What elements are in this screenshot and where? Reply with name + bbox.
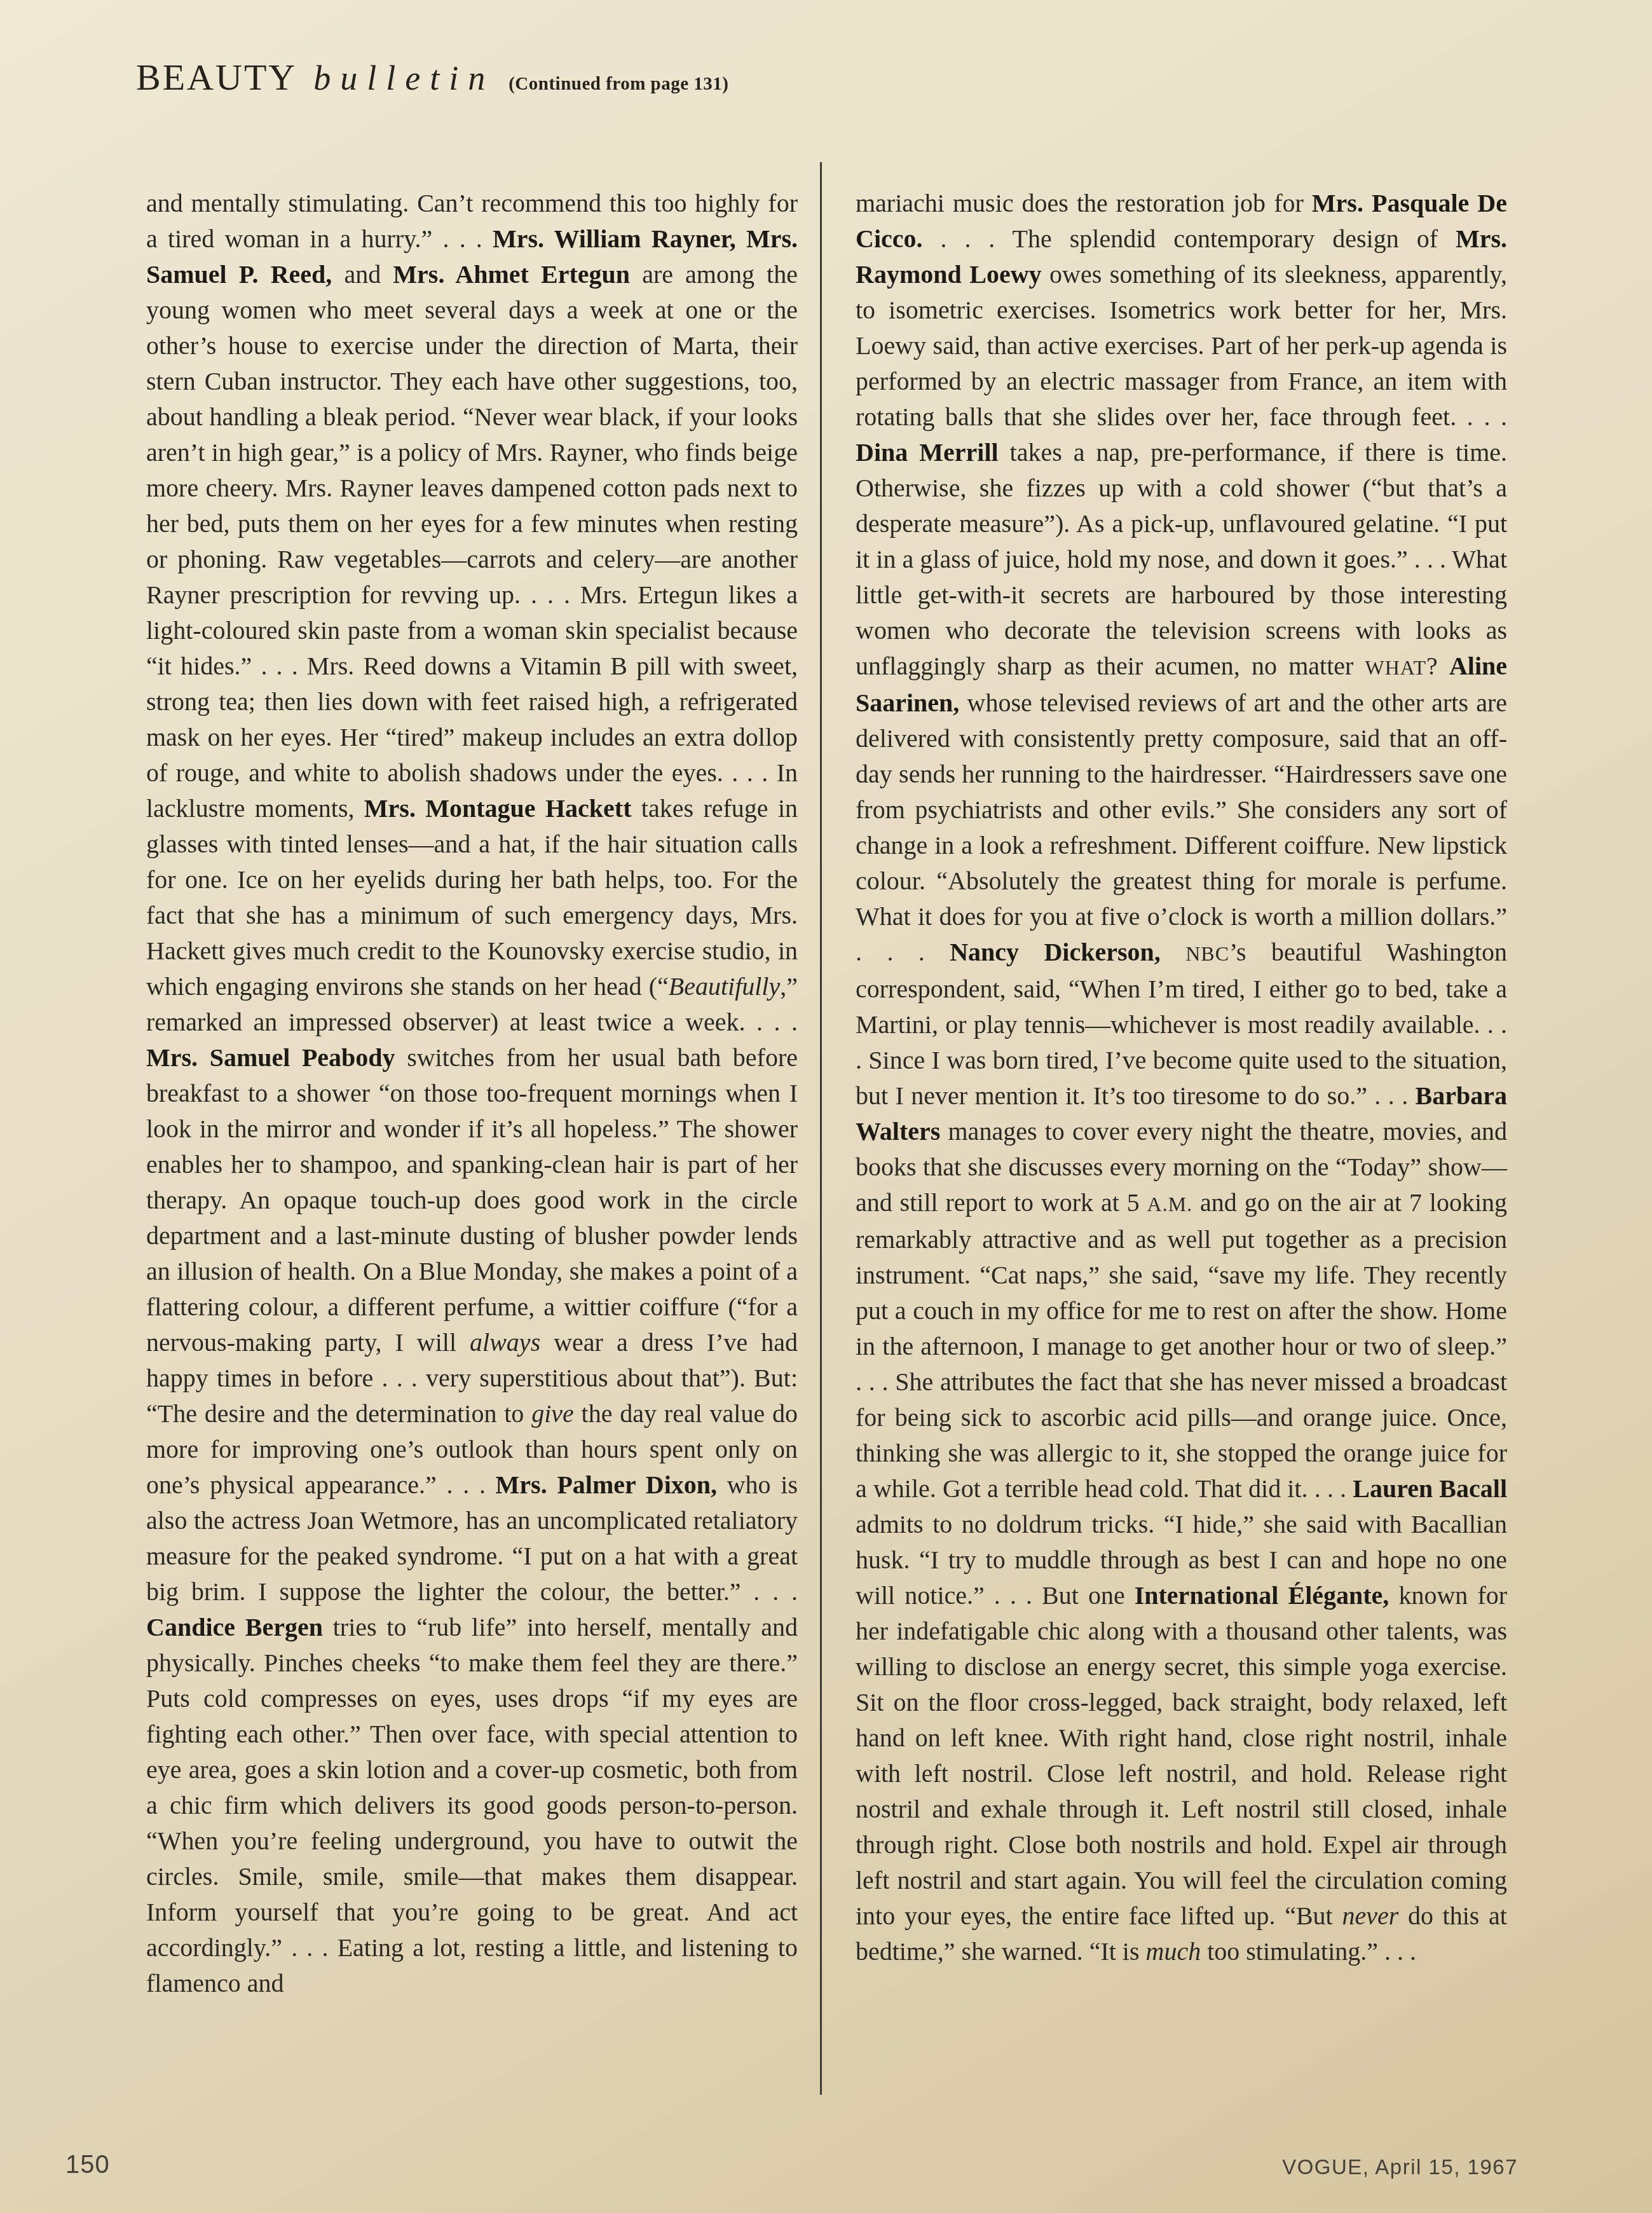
text-run: ? <box>1426 652 1449 680</box>
person-name: Mrs. Palmer Dixon, <box>496 1470 717 1499</box>
right-column-text: mariachi music does the restoration job … <box>856 186 1507 1970</box>
continued-note: (Continued from page 131) <box>509 74 728 94</box>
text-run: always <box>470 1328 540 1357</box>
text-run: never <box>1342 1901 1398 1930</box>
text-run: Beautifully <box>669 972 781 1001</box>
text-run: give <box>531 1399 574 1428</box>
person-name: Dina Merrill <box>856 438 999 467</box>
person-name: Lauren Bacall <box>1353 1474 1507 1503</box>
text-run: A.M. <box>1147 1193 1193 1216</box>
page-title-script: bulletin <box>313 59 495 97</box>
magazine-credit: VOGUE, April 15, 1967 <box>1282 2155 1518 2179</box>
text-run <box>1161 938 1185 966</box>
article-header: BEAUTYbulletin(Continued from page 131) <box>136 56 728 99</box>
text-run: tries to “rub life” into herself, mental… <box>146 1613 798 1997</box>
page-title: BEAUTY <box>136 57 297 98</box>
text-run: too stimulating.” . . . <box>1201 1937 1416 1966</box>
text-run: takes refuge in glasses with tinted lens… <box>146 794 798 1001</box>
person-name: Candice Bergen <box>146 1613 323 1641</box>
text-run: NBC <box>1185 942 1229 965</box>
text-run: WHAT <box>1365 656 1426 679</box>
text-run: and go on the air at 7 looking remarkabl… <box>856 1188 1507 1503</box>
person-name: Nancy Dickerson, <box>950 938 1161 966</box>
text-run: much <box>1146 1937 1201 1966</box>
text-run: switches from her usual bath before brea… <box>146 1043 798 1357</box>
text-run: known for her indefatigable chic along w… <box>856 1581 1507 1930</box>
text-run: takes a nap, pre-performance, if there i… <box>856 438 1507 680</box>
person-name: International Élégante, <box>1135 1581 1389 1610</box>
text-run: . . . The splendid contemporary design o… <box>923 224 1456 253</box>
person-name: Mrs. Montague Hackett <box>364 794 632 823</box>
text-run: are among the young women who meet sever… <box>146 260 798 823</box>
left-column-text: and mentally stimulating. Can’t recommen… <box>146 186 798 2001</box>
page-number: 150 <box>65 2151 110 2179</box>
person-name: Mrs. Samuel Peabody <box>146 1043 395 1072</box>
magazine-page: BEAUTYbulletin(Continued from page 131) … <box>0 0 1652 2213</box>
column-divider-rule <box>820 162 822 2095</box>
text-run: whose televised reviews of art and the o… <box>856 689 1507 966</box>
text-run: mariachi music does the restoration job … <box>856 189 1312 217</box>
text-run: and <box>332 260 393 289</box>
person-name: Mrs. Ahmet Ertegun <box>393 260 630 289</box>
